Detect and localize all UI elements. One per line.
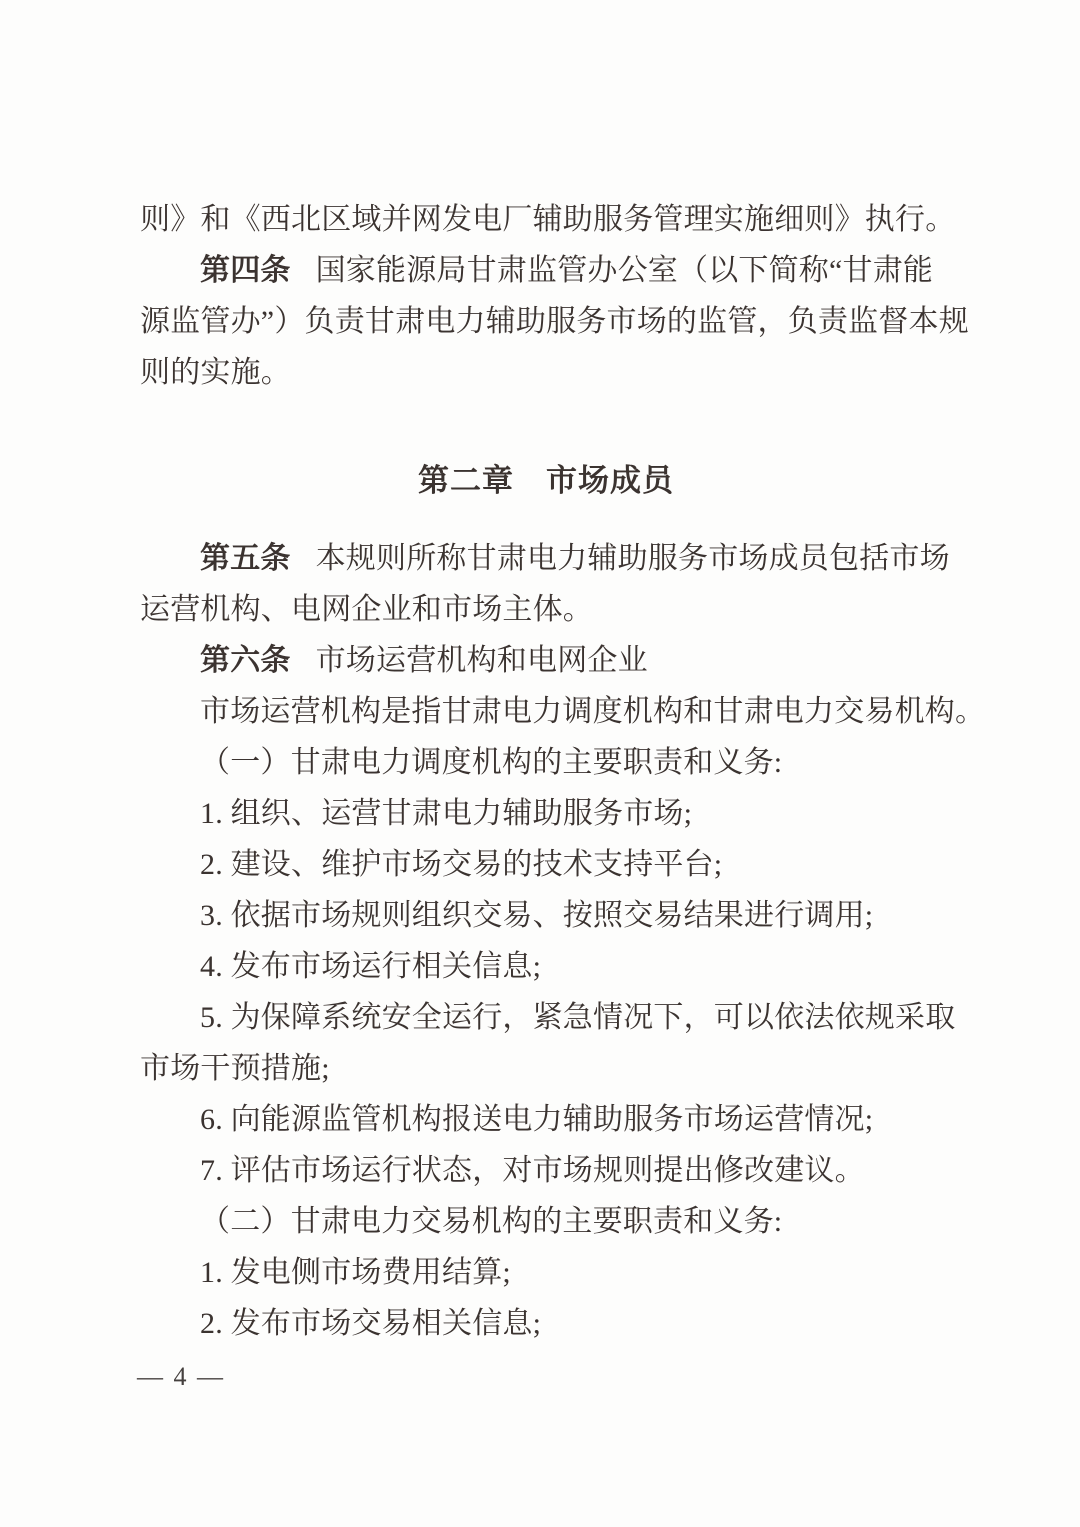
- document-page: 则》和《西北区域并网发电厂辅助服务管理实施细则》执行。 第四条国家能源局甘肃监管…: [0, 0, 1080, 1527]
- article-number-label: 第五条: [200, 542, 291, 575]
- text-line: 2. 建设、维护市场交易的技术支持平台;: [140, 839, 952, 890]
- line-text: 1. 发电侧市场费用结算;: [200, 1256, 511, 1289]
- line-text: 本规则所称甘肃电力辅助服务市场成员包括市场: [316, 542, 950, 575]
- text-line: （二）甘肃电力交易机构的主要职责和义务:: [140, 1196, 952, 1247]
- article-number-label: 第四条: [200, 254, 291, 287]
- line-text: （一）甘肃电力调度机构的主要职责和义务:: [200, 746, 782, 779]
- line-text: 2. 建设、维护市场交易的技术支持平台;: [200, 848, 722, 881]
- text-line: 源监管办”）负责甘肃电力辅助服务市场的监管，负责监督本规: [140, 296, 952, 347]
- chapter-heading: 第二章 市场成员: [140, 455, 952, 506]
- text-line: 6. 向能源监管机构报送电力辅助服务市场运营情况;: [140, 1094, 952, 1145]
- line-text: 1. 组织、运营甘肃电力辅助服务市场;: [200, 797, 692, 830]
- text-line: 4. 发布市场运行相关信息;: [140, 941, 952, 992]
- text-line: 市场运营机构是指甘肃电力调度机构和甘肃电力交易机构。: [140, 686, 952, 737]
- text-line: 运营机构、电网企业和市场主体。: [140, 584, 952, 635]
- text-line: 市场干预措施;: [140, 1043, 952, 1094]
- line-text: 5. 为保障系统安全运行，紧急情况下，可以依法依规采取: [200, 1001, 955, 1034]
- line-text: 运营机构、电网企业和市场主体。: [140, 593, 593, 626]
- line-text: 国家能源局甘肃监管办公室（以下简称“甘肃能: [316, 254, 934, 287]
- text-line: 3. 依据市场规则组织交易、按照交易结果进行调用;: [140, 890, 952, 941]
- text-line: 第六条市场运营机构和电网企业: [140, 635, 952, 686]
- text-line: 1. 发电侧市场费用结算;: [140, 1247, 952, 1298]
- text-line: 第五条本规则所称甘肃电力辅助服务市场成员包括市场: [140, 533, 952, 584]
- line-text: （二）甘肃电力交易机构的主要职责和义务:: [200, 1205, 782, 1238]
- text-line: 5. 为保障系统安全运行，紧急情况下，可以依法依规采取: [140, 992, 952, 1043]
- line-text: 则》和《西北区域并网发电厂辅助服务管理实施细则》执行。: [140, 203, 955, 236]
- text-line: 1. 组织、运营甘肃电力辅助服务市场;: [140, 788, 952, 839]
- document-body: 则》和《西北区域并网发电厂辅助服务管理实施细则》执行。 第四条国家能源局甘肃监管…: [0, 0, 1080, 1349]
- text-line: （一）甘肃电力调度机构的主要职责和义务:: [140, 737, 952, 788]
- text-line: 则的实施。: [140, 347, 952, 398]
- line-text: 市场运营机构和电网企业: [316, 644, 648, 677]
- text-line: 2. 发布市场交易相关信息;: [140, 1298, 952, 1349]
- line-text: 6. 向能源监管机构报送电力辅助服务市场运营情况;: [200, 1103, 873, 1136]
- line-text: 市场干预措施;: [140, 1052, 330, 1085]
- line-text: 7. 评估市场运行状态，对市场规则提出修改建议。: [200, 1154, 865, 1187]
- text-line: 则》和《西北区域并网发电厂辅助服务管理实施细则》执行。: [140, 194, 952, 245]
- line-text: 源监管办”）负责甘肃电力辅助服务市场的监管，负责监督本规: [140, 305, 969, 338]
- line-text: 第二章 市场成员: [418, 463, 674, 498]
- line-text: 3. 依据市场规则组织交易、按照交易结果进行调用;: [200, 899, 873, 932]
- line-text: 则的实施。: [140, 356, 291, 389]
- text-line: 7. 评估市场运行状态，对市场规则提出修改建议。: [140, 1145, 952, 1196]
- article-number-label: 第六条: [200, 644, 291, 677]
- line-text: 4. 发布市场运行相关信息;: [200, 950, 541, 983]
- text-line: 第四条国家能源局甘肃监管办公室（以下简称“甘肃能: [140, 245, 952, 296]
- line-text: 2. 发布市场交易相关信息;: [200, 1307, 541, 1340]
- line-text: 市场运营机构是指甘肃电力调度机构和甘肃电力交易机构。: [200, 695, 985, 728]
- page-number: — 4 —: [137, 1362, 225, 1392]
